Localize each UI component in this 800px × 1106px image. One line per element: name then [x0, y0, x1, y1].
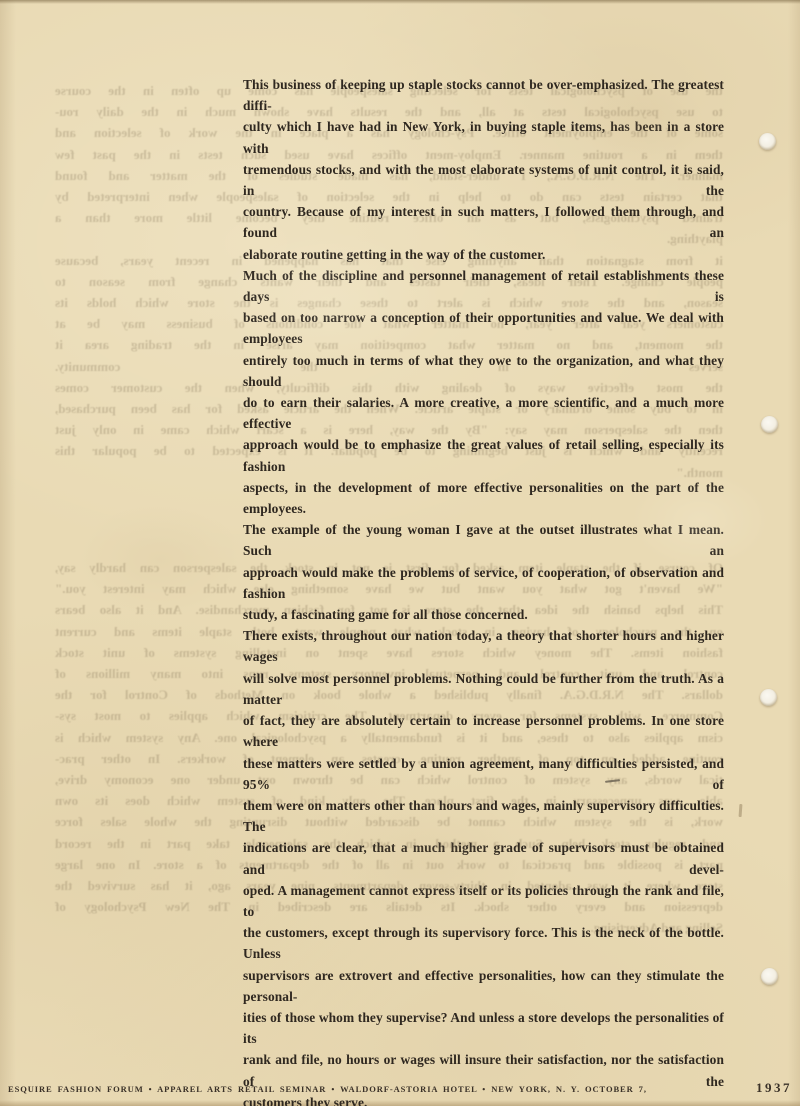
- text-line: approach would make the problems of serv…: [243, 562, 724, 604]
- footer-text: ESQUIRE FASHION FORUM • APPAREL ARTS RET…: [8, 1084, 647, 1094]
- text-line: elaborate routine getting in the way of …: [243, 244, 724, 265]
- body-text: This business of keeping up staple stock…: [243, 74, 724, 1106]
- text-line: of fact, they are absolutely certain to …: [243, 710, 724, 752]
- text-line: indications are clear, that a much highe…: [243, 837, 724, 879]
- text-line: the customers, except through its superv…: [243, 922, 724, 964]
- text-line: culty which I have had in New York, in b…: [243, 116, 724, 158]
- text-line: based on too narrow a conception of thei…: [243, 307, 724, 349]
- text-line: study, a fascinating game for all those …: [243, 604, 724, 625]
- text-line: aspects, in the development of more effe…: [243, 477, 724, 519]
- text-line: ities of those whom they supervise? And …: [243, 1007, 724, 1049]
- text-line: country. Because of my interest in such …: [243, 201, 724, 243]
- punch-hole: [761, 968, 778, 985]
- footer-year: 1937: [752, 1080, 792, 1096]
- text-line: The example of the young woman I gave at…: [243, 519, 724, 561]
- punch-hole: [761, 416, 778, 433]
- punch-hole: [759, 133, 776, 150]
- text-line: approach would be to emphasize the great…: [243, 434, 724, 476]
- text-line: will solve most personnel problems. Noth…: [243, 668, 724, 710]
- scanned-page: the use of psychological tests for selec…: [0, 0, 800, 1106]
- text-line: tremendous stocks, and with the most ela…: [243, 159, 724, 201]
- text-line: entirely too much in terms of what they …: [243, 350, 724, 392]
- text-line: This business of keeping up staple stock…: [243, 74, 724, 116]
- text-line: these matters were settled by a union ag…: [243, 753, 724, 795]
- footer-line: ESQUIRE FASHION FORUM • APPAREL ARTS RET…: [8, 1080, 792, 1096]
- text-line: supervisors are extrovert and effective …: [243, 965, 724, 1007]
- smudge-mark: [739, 804, 742, 817]
- text-line: oped. A management cannot express itself…: [243, 880, 724, 922]
- text-line: do to earn their salaries. A more creati…: [243, 392, 724, 434]
- text-line: There exists, throughout our nation toda…: [243, 625, 724, 667]
- text-line: them were on matters other than hours an…: [243, 795, 724, 837]
- punch-hole: [760, 689, 777, 706]
- text-line: Much of the discipline and personnel man…: [243, 265, 724, 307]
